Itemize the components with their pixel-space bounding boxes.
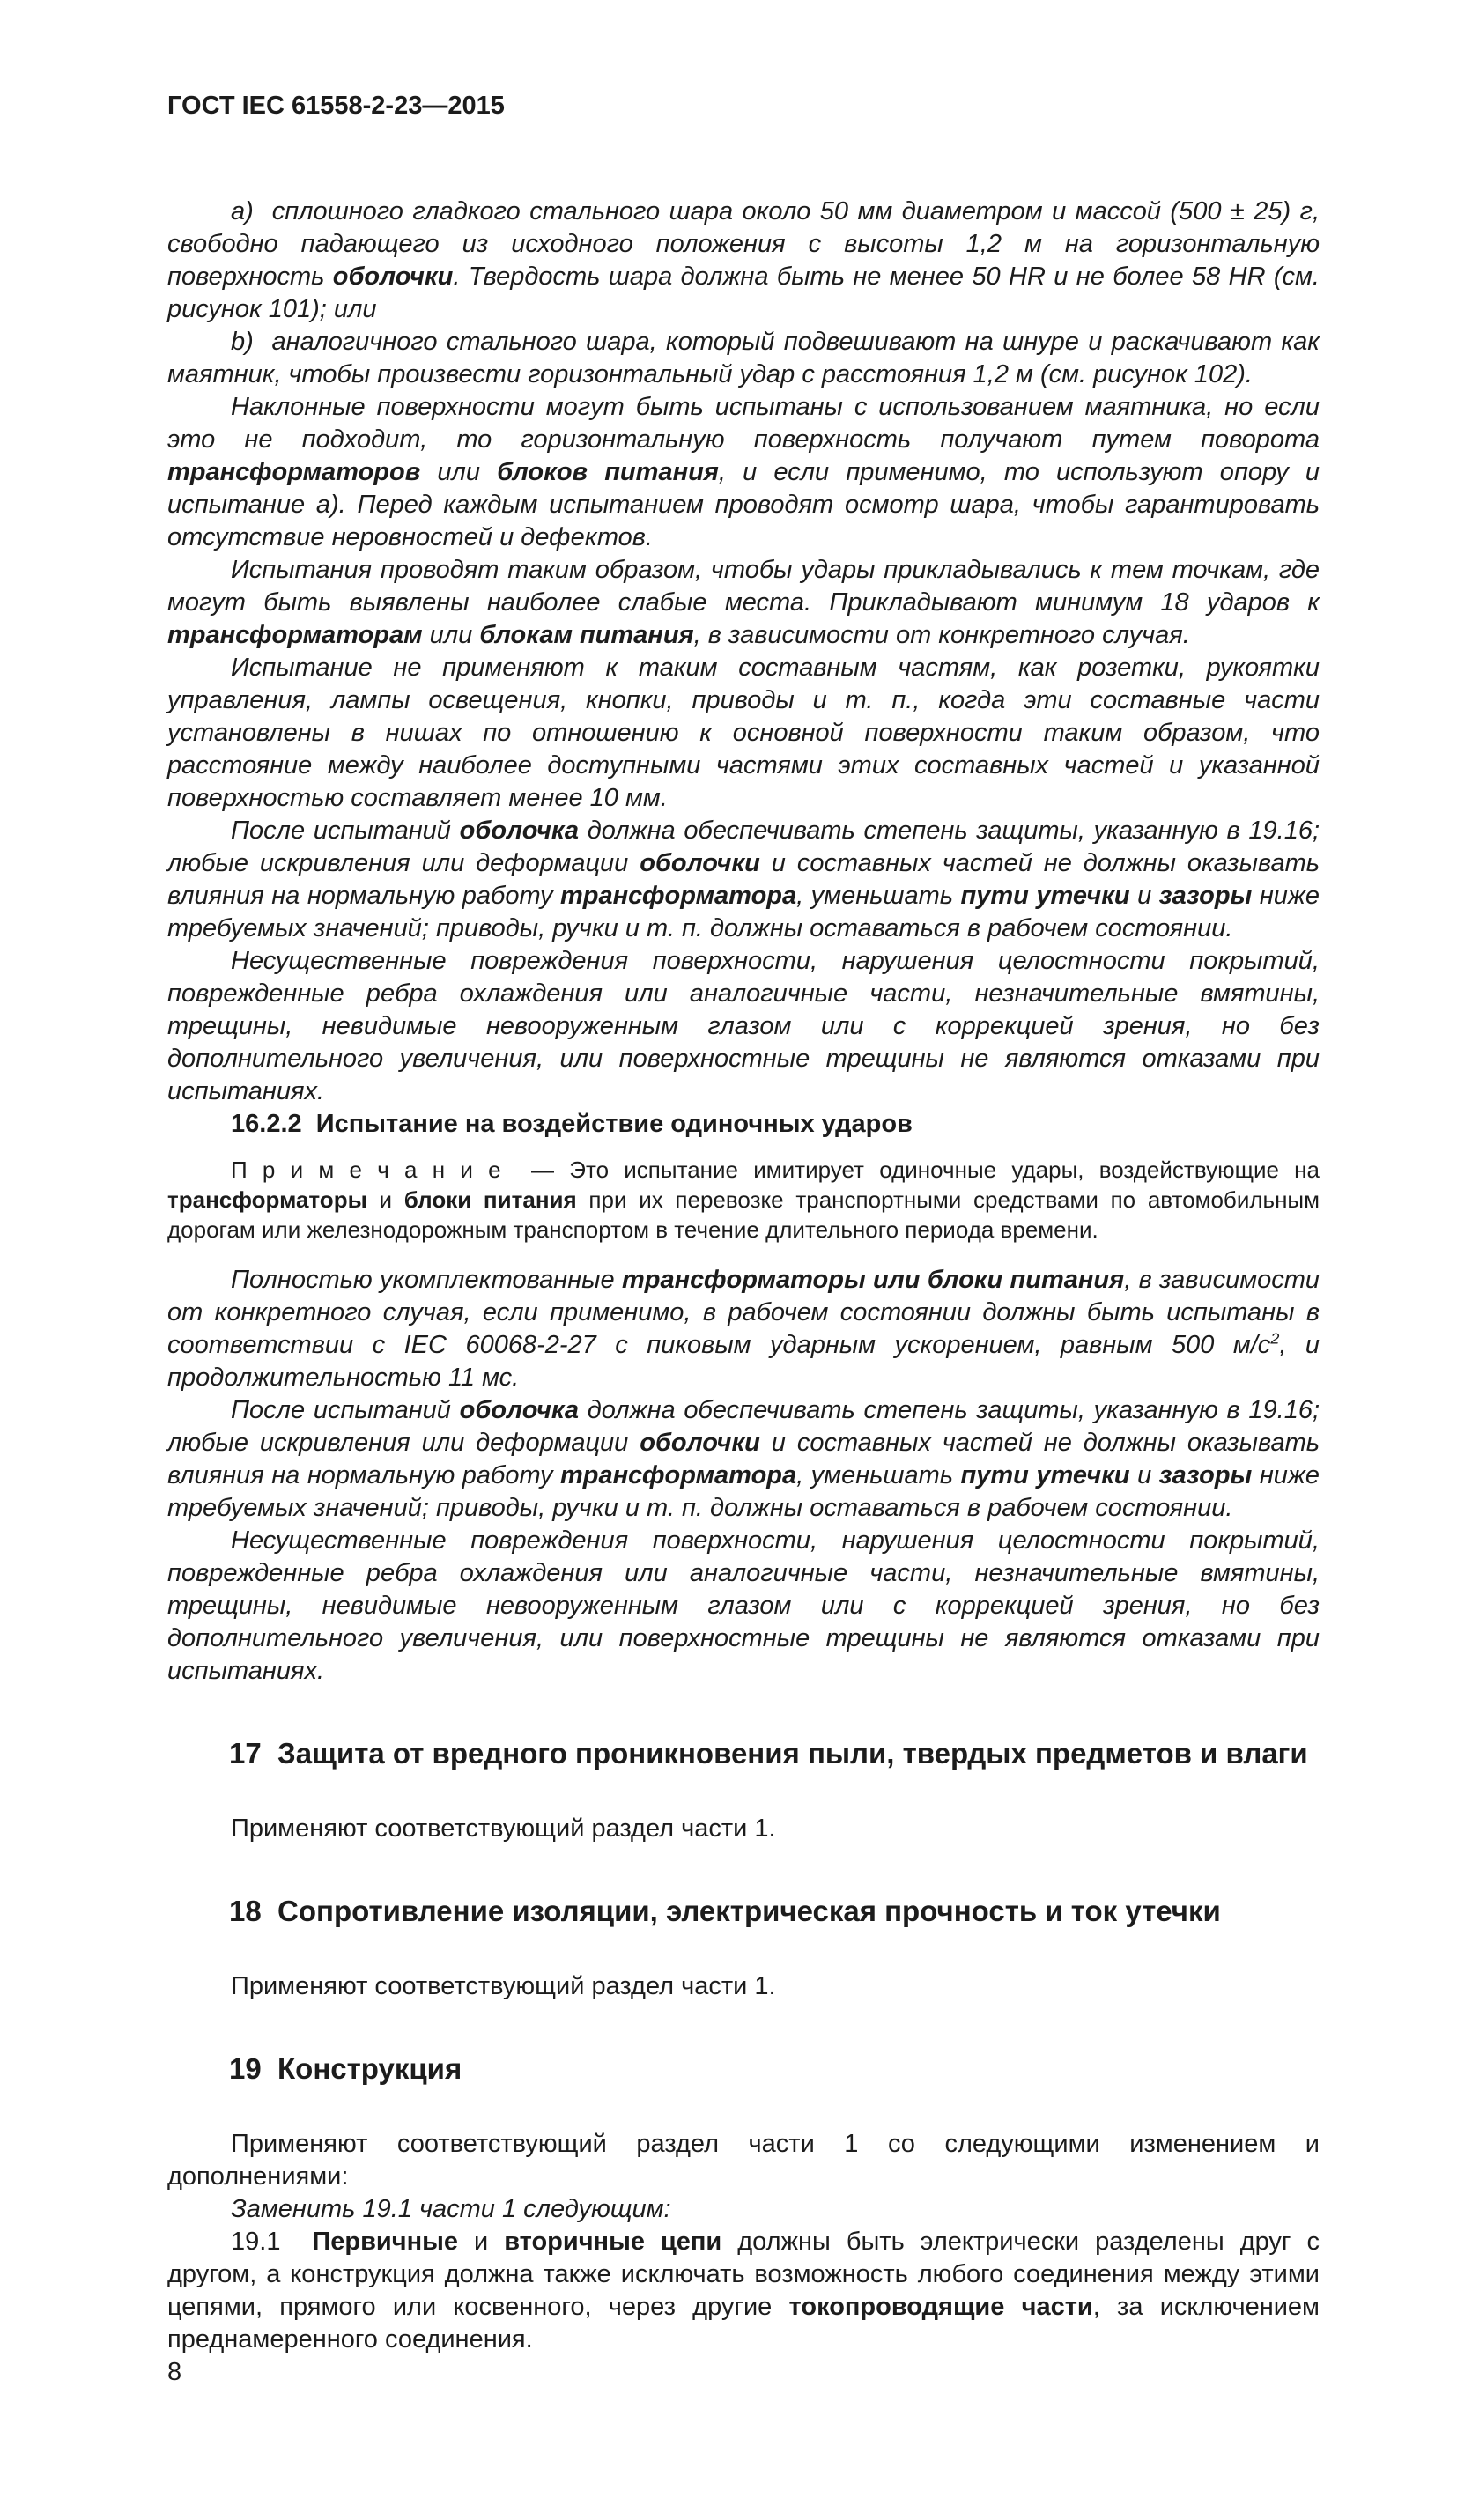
bold-term: оболочка — [460, 1396, 579, 1424]
text-run: После испытаний — [231, 1396, 460, 1424]
bold-term: трансформаторов — [167, 458, 420, 486]
bold-term: оболочки — [333, 262, 454, 291]
minor-damage-paragraph: Несущественные повреждения поверхности, … — [167, 945, 1320, 1108]
text-run: Применяют соответствующий раздел части 1… — [231, 1972, 776, 2000]
text-run: b) аналогичного стального шара, который … — [167, 328, 1320, 388]
superscript: 2 — [1270, 1329, 1279, 1347]
text-run: Несущественные повреждения поверхности, … — [167, 1526, 1320, 1685]
apply-part1-with-changes-paragraph: Применяют соответствующий раздел части 1… — [167, 2128, 1320, 2193]
text-run: , уменьшать — [796, 882, 960, 910]
section-heading-19: 19 Конструкция — [167, 2051, 1320, 2088]
text-run: Заменить 19.1 части 1 следующим: — [231, 2195, 671, 2223]
bold-term: блокам питания — [479, 621, 693, 649]
text-run: Несущественные повреждения поверхности, … — [167, 947, 1320, 1105]
text-run: Испытание не применяют к таким составным… — [167, 654, 1320, 812]
text-run: Применяют соответствующий раздел части 1… — [231, 1814, 776, 1843]
text-run: 16.2.2 Испытание на воздействие одиночны… — [231, 1110, 913, 1138]
bold-term: трансформатора — [560, 1461, 796, 1489]
text-run: 19.1 — [231, 2228, 312, 2256]
doc-number-header: ГОСТ IEC 61558-2-23—2015 — [167, 90, 1320, 122]
section-heading-17: 17 Защита от вредного проникновения пыли… — [167, 1735, 1320, 1772]
replace-19-1-paragraph: Заменить 19.1 части 1 следующим: — [167, 2193, 1320, 2226]
clause-19-1-paragraph: 19.1 Первичные и вторичные цепи должны б… — [167, 2226, 1320, 2356]
text-run: Испытания проводят таким образом, чтобы … — [167, 556, 1320, 617]
section-heading-18: 18 Сопротивление изоляции, электрическая… — [167, 1893, 1320, 1930]
text-run: 18 Сопротивление изоляции, электрическая… — [229, 1895, 1221, 1927]
test-exclusions-paragraph: Испытание не применяют к таким составным… — [167, 652, 1320, 815]
bold-term: трансформаторам — [167, 621, 423, 649]
test-points-paragraph: Испытания проводят таким образом, чтобы … — [167, 554, 1320, 652]
page-number: 8 — [167, 2356, 1320, 2388]
text-run: 17 Защита от вредного проникновения пыли… — [229, 1737, 1308, 1770]
text-run: или — [420, 458, 497, 486]
text-run: , уменьшать — [796, 1461, 960, 1489]
text-run: Наклонные поверхности могут быть испытан… — [167, 393, 1320, 454]
minor-damage-paragraph-2: Несущественные повреждения поверхности, … — [167, 1525, 1320, 1688]
bold-term: блоков питания — [497, 458, 719, 486]
after-test-requirements-paragraph-2: После испытаний оболочка должна обеспечи… — [167, 1394, 1320, 1525]
text-run: или — [423, 621, 480, 649]
bold-term: оболочка — [460, 817, 579, 845]
text-run: После испытаний — [231, 817, 460, 845]
text-run: Применяют соответствующий раздел части 1… — [167, 2130, 1320, 2191]
apply-part1-paragraph-17: Применяют соответствующий раздел части 1… — [167, 1813, 1320, 1845]
text-run: 19 Конструкция — [229, 2052, 462, 2085]
document-page: ГОСТ IEC 61558-2-23—2015 a) сплошного гл… — [0, 0, 1457, 2520]
text-run: , в зависимости от конкретного случая. — [694, 621, 1190, 649]
text-run: Полностью укомплектованные — [231, 1266, 622, 1294]
after-test-requirements-paragraph: После испытаний оболочка должна обеспечи… — [167, 815, 1320, 945]
bold-term: зазоры — [1159, 1461, 1253, 1489]
document-content: a) сплошного гладкого стального шара око… — [167, 196, 1320, 2356]
apply-part1-paragraph-18: Применяют соответствующий раздел части 1… — [167, 1970, 1320, 2003]
text-run: и — [1130, 882, 1159, 910]
text-run: и — [458, 2228, 504, 2256]
bold-term: пути утечки — [961, 1461, 1130, 1489]
text-run: и — [1130, 1461, 1159, 1489]
bold-term: трансформаторы или блоки питания — [622, 1266, 1124, 1294]
subsection-heading-16-2-2: 16.2.2 Испытание на воздействие одиночны… — [167, 1108, 1320, 1141]
note-paragraph: П р и м е ч а н и е — Это испытание имит… — [167, 1155, 1320, 1245]
bold-term: вторичные цепи — [504, 2228, 721, 2256]
bold-term: зазоры — [1159, 882, 1253, 910]
text-run: П р и м е ч а н и е — Это испытание имит… — [231, 1157, 1320, 1183]
bold-term: оболочки — [640, 849, 760, 877]
bold-term: токопроводящие части — [789, 2293, 1093, 2321]
bold-term: трансформаторы — [167, 1186, 367, 1213]
text-run: и — [367, 1186, 404, 1213]
single-shock-test-paragraph: Полностью укомплектованные трансформатор… — [167, 1264, 1320, 1394]
inclined-surfaces-paragraph: Наклонные поверхности могут быть испытан… — [167, 391, 1320, 554]
bold-term: блоки питания — [404, 1186, 577, 1213]
bold-term: пути утечки — [961, 882, 1130, 910]
bold-term: трансформатора — [560, 882, 796, 910]
clause-item-b-paragraph: b) аналогичного стального шара, который … — [167, 326, 1320, 391]
clause-item-a-paragraph: a) сплошного гладкого стального шара око… — [167, 196, 1320, 326]
bold-term: оболочки — [640, 1429, 760, 1457]
bold-term: Первичные — [312, 2228, 458, 2256]
